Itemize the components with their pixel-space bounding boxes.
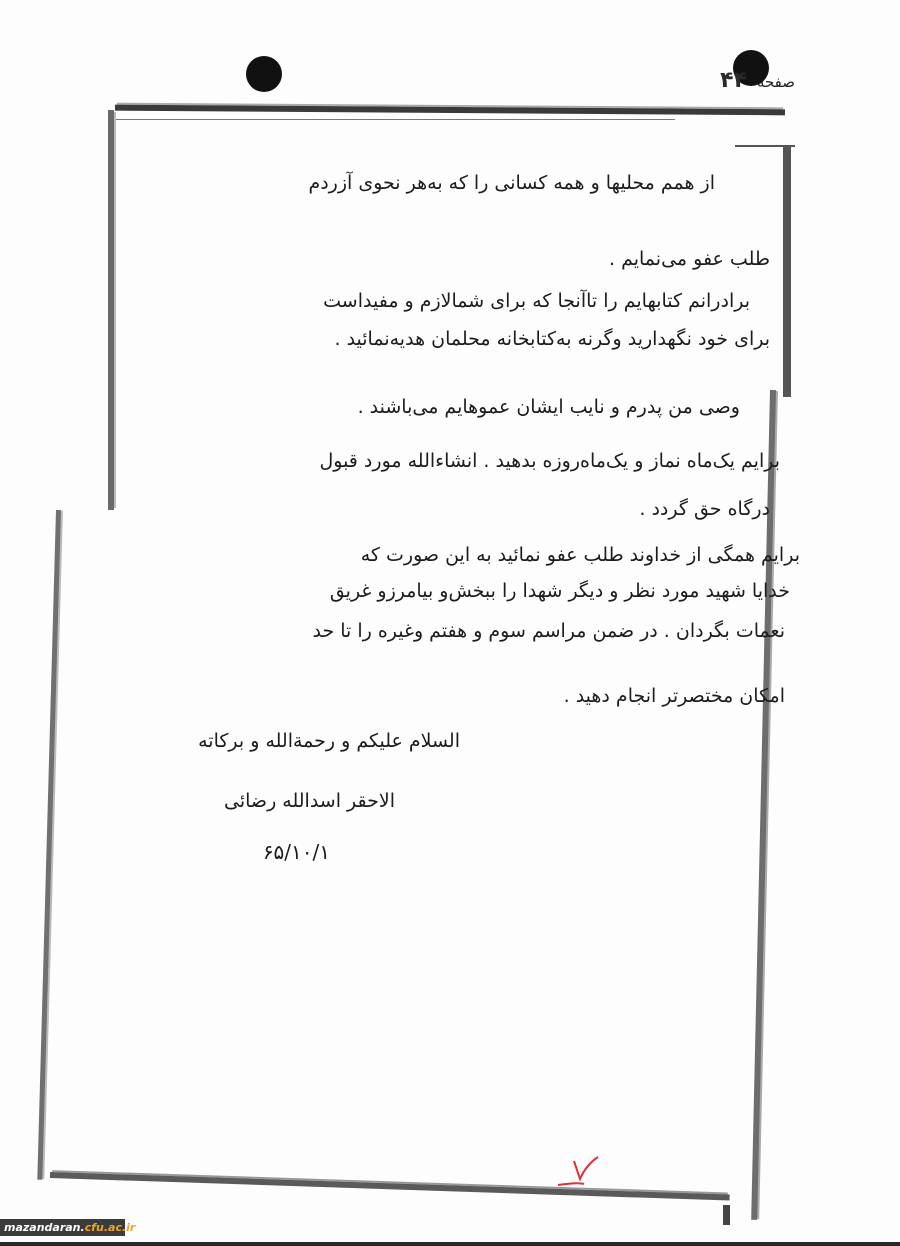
page-label: صفحه xyxy=(757,73,795,91)
letter-line: برایم یک‌ماه نماز و یک‌ماه‌روزه بدهید . … xyxy=(319,450,780,472)
letter-date: ۶۵/۱۰/۱ xyxy=(263,840,330,864)
letter-line: برای خود نگهدارید وگرنه به‌کتابخانه محلم… xyxy=(334,328,770,350)
red-check-mark-icon xyxy=(556,1155,606,1195)
bottom-strip xyxy=(0,1242,900,1246)
frame-border-top-inner xyxy=(115,119,675,120)
watermark-badge: mazandaran.cfu.ac.ir xyxy=(0,1219,125,1236)
scanned-letter-page: صفحه ۴۴ از همم محلیها و همه کسانی را که … xyxy=(0,0,900,1246)
letter-line: امکان مختصرتر انجام دهید . xyxy=(564,685,785,707)
letter-line: وصی من پدرم و نایب ایشان عموهایم می‌باشن… xyxy=(358,396,740,418)
letter-line: خدایا شهید مورد نظر و دیگر شهدا را ببخش‌… xyxy=(330,580,790,602)
frame-border-right xyxy=(783,147,791,397)
frame-border-corner xyxy=(723,1205,730,1225)
letter-line: از همم محلیها و همه کسانی را که به‌هر نح… xyxy=(308,172,715,194)
frame-border-bottom xyxy=(50,1172,730,1201)
letter-line: درگاه حق گردد . xyxy=(639,498,770,520)
frame-border-top xyxy=(115,105,785,116)
page-number: ۴۴ xyxy=(720,68,747,93)
letter-line: برایم همگی از خداوند طلب عفو نمائید به ا… xyxy=(361,544,800,566)
punch-hole-icon xyxy=(246,56,282,92)
letter-signoff: السلام علیکم و رحمة‌الله و برکاته xyxy=(198,730,460,752)
letter-line: طلب عفو می‌نمایم . xyxy=(609,248,770,270)
frame-border-left-lower xyxy=(37,510,61,1180)
page-header: صفحه ۴۴ xyxy=(685,68,795,93)
watermark-domain-sub: cfu.ac.ir xyxy=(85,1221,136,1234)
frame-border-left xyxy=(108,110,114,510)
watermark-domain-main: mazandaran. xyxy=(4,1221,85,1234)
letter-signature: الاحقر اسدالله رضائی xyxy=(224,790,395,812)
letter-line: برادرانم کتابهایم را تاآنجا که برای شمال… xyxy=(323,290,750,312)
letter-line: نعمات بگردان . در ضمن مراسم سوم و هفتم و… xyxy=(312,620,785,642)
